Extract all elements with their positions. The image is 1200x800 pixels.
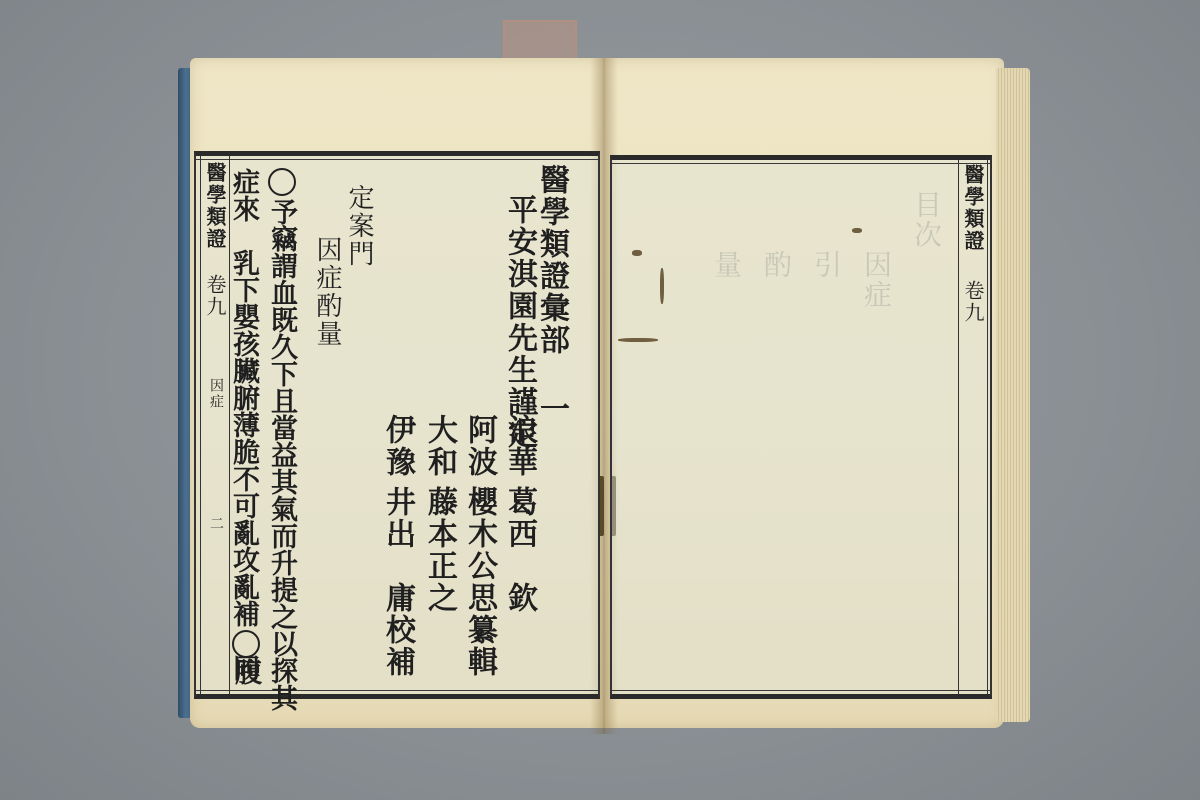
hashira-title: 醫學類證 [205,162,225,250]
hashira-volume: 卷九 [205,274,225,318]
hashira-section: 因症 [209,378,223,410]
frame-inner-rule [196,690,598,691]
right-page-frame: 醫學類證 卷九 目次 因症 引 酌 量 [610,155,992,699]
bleed-through-text: 因症 [862,250,890,310]
compiler-name: 葛西 欽 [504,486,534,614]
body-text: 腹 [232,658,259,687]
compiler-province: 大和 [424,414,454,478]
section-heading: 定案門 [346,184,372,268]
page-stack-edge [996,68,1030,722]
hashira-title: 醫學類證 [963,164,983,252]
editor-credit-column: 平安淇園先生謹定 [504,194,534,450]
wormhole-stain [852,228,862,233]
bleed-through-text: 量 [712,250,740,280]
left-page-frame: 醫學類證 卷九 因症 二 醫學類證彙部 一 平安淇園先生謹定 浪華 葛西 欽 阿… [194,151,600,699]
bleed-through-text: 酌 [762,250,790,280]
paragraph-marker-circle [232,630,260,658]
frame-inner-rule [196,159,598,160]
text-column-2-end: 腹 [232,630,260,662]
wormhole-stain [618,338,658,342]
frame-inner-rule [612,163,990,164]
compiler-province: 阿波 [464,414,494,478]
bleed-through-text: 目次 [912,190,940,250]
hashira-volume: 卷九 [963,280,983,324]
subsection-heading: 因症酌量 [314,236,340,348]
body-text: 予竊謂血既久下且當益其氣而升提之以探其 [268,198,295,711]
hashira-folio: 二 [209,516,223,532]
book-title-column: 醫學類證彙部 一 [536,164,566,425]
compiler-name: 櫻木公思纂輯 [464,486,494,678]
compiler-province: 浪華 [504,414,534,478]
wormhole-stain [660,268,664,304]
compiler-province: 伊豫 [382,414,412,478]
wormhole-stain [632,250,642,256]
frame-inner-rule [612,690,990,691]
compiler-name: 藤本正之 [424,486,454,614]
text-column-1: 予竊謂血既久下且當益其氣而升提之以探其 [268,168,296,200]
open-book: 醫學類證 卷九 因症 二 醫學類證彙部 一 平安淇園先生謹定 浪華 葛西 欽 阿… [178,58,1030,734]
left-hashira: 醫學類證 卷九 因症 二 [200,156,230,694]
paragraph-marker-circle [268,168,296,196]
body-text: 症來 乳下嬰孩臟腑薄脆不可亂攻亂補 同 [230,168,257,681]
right-hashira: 醫學類證 卷九 [958,160,988,694]
bleed-through-text: 引 [812,250,840,280]
compiler-name: 井出 庸校補 [382,486,412,678]
